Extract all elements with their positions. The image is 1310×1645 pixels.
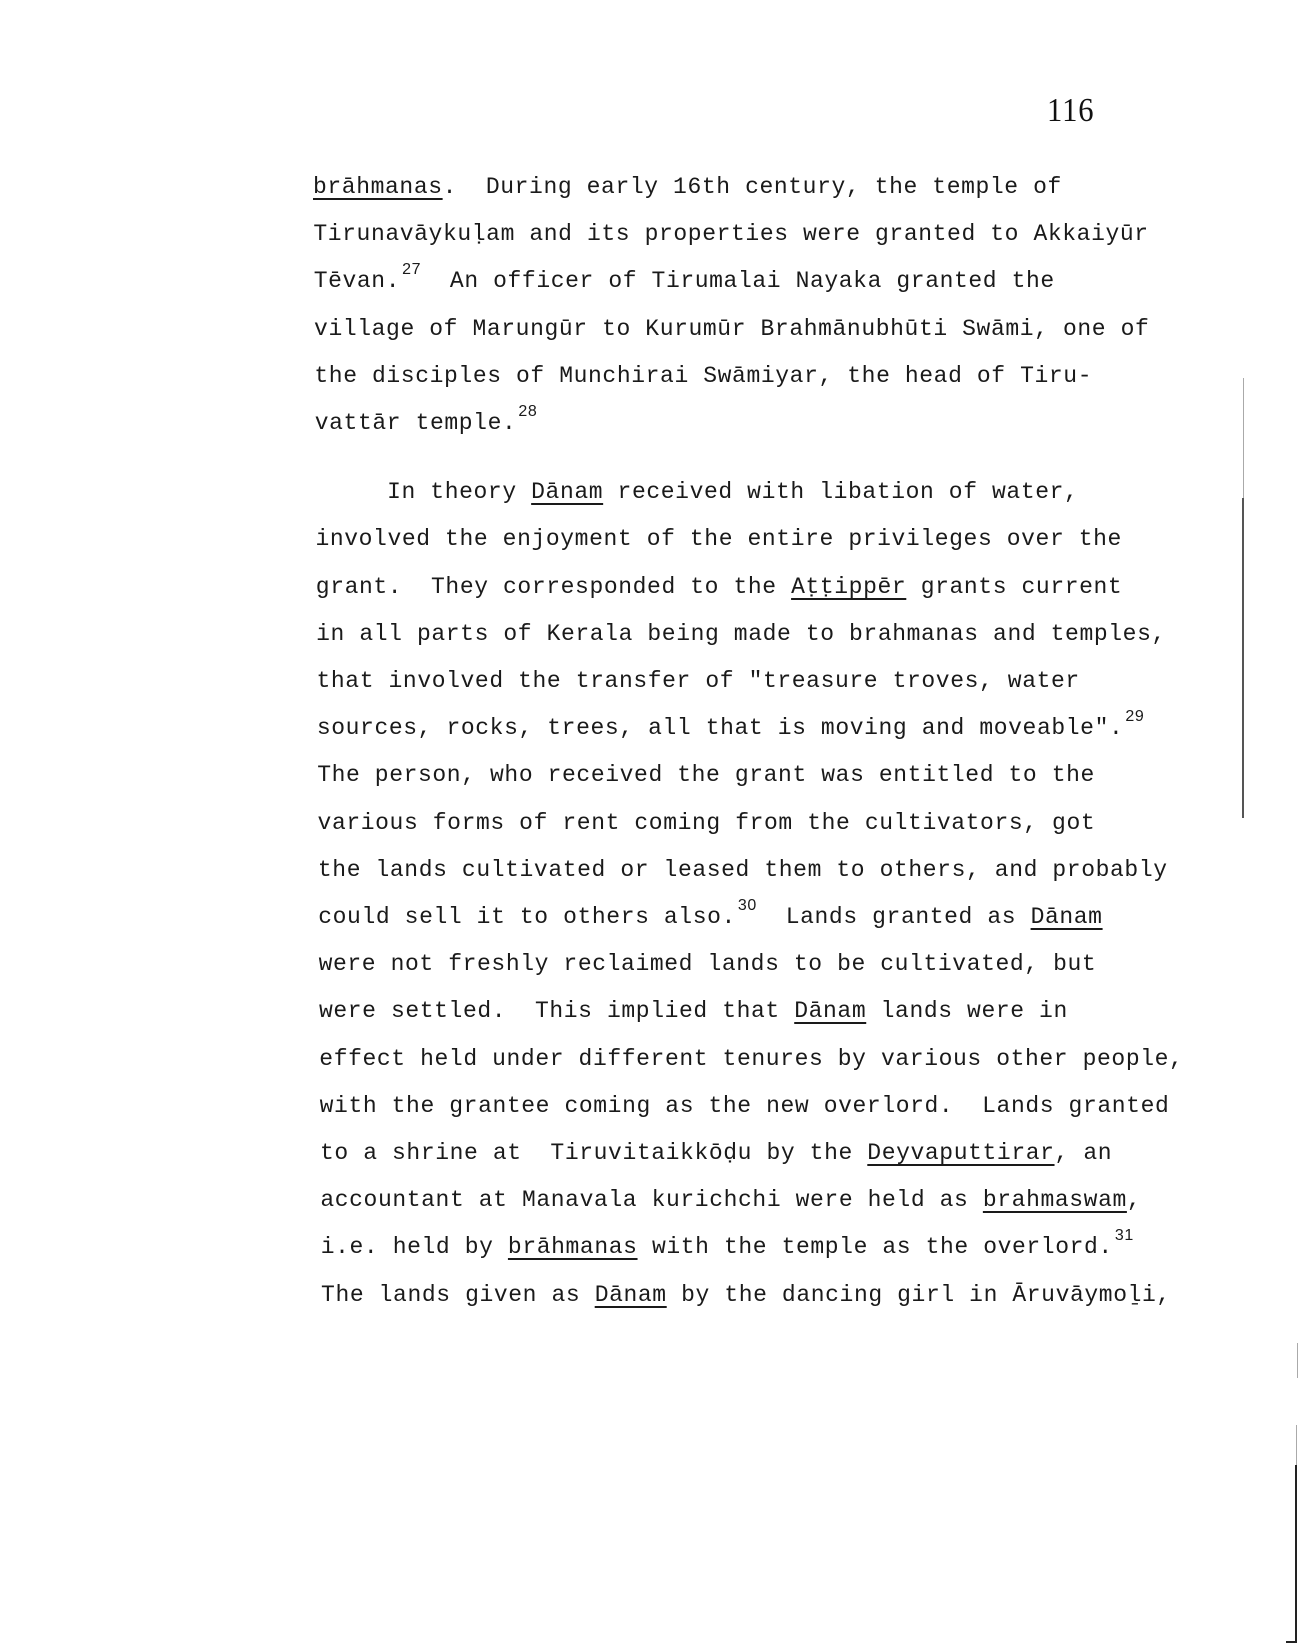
text-run: the disciples of Munchirai Swāmiyar, the… xyxy=(314,363,1092,389)
text-run: village of Marungūr to Kurumūr Brahmānub… xyxy=(314,316,1149,342)
text-line: accountant at Manavala kurichchi were he… xyxy=(320,1185,1141,1215)
text-line: the disciples of Munchirai Swāmiyar, the… xyxy=(314,361,1092,391)
text-run: , xyxy=(1127,1187,1141,1213)
scan-edge-line xyxy=(1297,1343,1298,1378)
text-run: , an xyxy=(1055,1140,1113,1166)
text-run: with the grantee coming as the new overl… xyxy=(320,1093,1170,1119)
text-run: effect held under different tenures by v… xyxy=(319,1046,1183,1072)
underlined-term: Dānam xyxy=(531,479,603,505)
underlined-term: Dānam xyxy=(794,998,866,1024)
footnote-ref: 30 xyxy=(738,897,757,914)
text-run: various forms of rent coming from the cu… xyxy=(318,810,1096,836)
text-line: i.e. held by brāhmanas with the temple a… xyxy=(321,1232,1134,1264)
text-run: i.e. held by xyxy=(321,1234,508,1260)
scan-edge-line xyxy=(1296,1425,1297,1465)
text-run: the lands cultivated or leased them to o… xyxy=(318,857,1168,883)
underlined-term: brāhmanas xyxy=(313,174,443,200)
scan-edge-line xyxy=(1295,1465,1297,1643)
text-run: In theory xyxy=(315,479,531,505)
text-run: with the temple as the overlord. xyxy=(638,1234,1113,1260)
text-run: Tirunavāykuḷam and its properties were g… xyxy=(313,221,1148,247)
text-line: The person, who received the grant was e… xyxy=(317,760,1095,790)
text-line: were settled. This implied that Dānam la… xyxy=(319,996,1068,1026)
text-run: Tēvan. xyxy=(314,268,400,294)
text-run: . During early 16th century, the temple … xyxy=(443,174,1062,200)
text-line: grant. They corresponded to the Aṭṭippēr… xyxy=(316,572,1123,602)
text-line: sources, rocks, trees, all that is movin… xyxy=(317,713,1145,745)
footnote-ref: 31 xyxy=(1115,1227,1134,1244)
text-run: sources, rocks, trees, all that is movin… xyxy=(317,715,1124,741)
footnote-ref: 27 xyxy=(402,261,421,278)
text-line: brāhmanas. During early 16th century, th… xyxy=(313,172,1062,202)
underlined-term: brāhmanas xyxy=(508,1234,638,1260)
text-line: to a shrine at Tiruvitaikkōḍu by the Dey… xyxy=(320,1138,1112,1168)
text-line: various forms of rent coming from the cu… xyxy=(318,808,1096,838)
text-line: the lands cultivated or leased them to o… xyxy=(318,855,1168,885)
text-line: The lands given as Dānam by the dancing … xyxy=(321,1280,1171,1310)
text-run: in all parts of Kerala being made to bra… xyxy=(316,621,1166,647)
text-line: effect held under different tenures by v… xyxy=(319,1044,1183,1074)
footnote-ref: 29 xyxy=(1125,708,1144,725)
text-run: that involved the transfer of "treasure … xyxy=(317,668,1080,694)
text-line: with the grantee coming as the new overl… xyxy=(320,1091,1170,1121)
text-run: lands were in xyxy=(866,998,1068,1024)
text-run: could sell it to others also. xyxy=(318,904,736,930)
underlined-term: brahmaswam xyxy=(983,1187,1127,1213)
text-run: were settled. This implied that xyxy=(319,998,794,1024)
scan-edge-foot xyxy=(1286,1641,1296,1643)
underlined-term: Aṭṭippēr xyxy=(791,574,906,600)
text-line: village of Marungūr to Kurumūr Brahmānub… xyxy=(314,314,1149,344)
text-run: grant. They corresponded to the xyxy=(316,574,791,600)
text-run: An officer of Tirumalai Nayaka granted t… xyxy=(421,268,1055,294)
text-run: vattār temple. xyxy=(315,410,517,436)
text-line: vattār temple.28 xyxy=(315,408,538,440)
text-run: grants current xyxy=(906,574,1122,600)
text-run: to a shrine at Tiruvitaikkōḍu by the xyxy=(320,1140,867,1166)
text-run: The lands given as xyxy=(321,1282,595,1308)
text-line: in all parts of Kerala being made to bra… xyxy=(316,619,1166,649)
underlined-term: Deyvaputtirar xyxy=(867,1140,1054,1166)
text-run: involved the enjoyment of the entire pri… xyxy=(315,526,1122,552)
text-run: were not freshly reclaimed lands to be c… xyxy=(319,951,1097,977)
text-line: In theory Dānam received with libation o… xyxy=(315,477,1078,507)
text-line: Tēvan.27 An officer of Tirumalai Nayaka … xyxy=(314,266,1055,298)
text-run: accountant at Manavala kurichchi were he… xyxy=(320,1187,983,1213)
text-run: by the dancing girl in Āruvāymoḻi, xyxy=(667,1282,1171,1308)
underlined-term: Dānam xyxy=(595,1282,667,1308)
text-run: received with libation of water, xyxy=(603,479,1078,505)
text-run: Lands granted as xyxy=(757,904,1031,930)
text-line: that involved the transfer of "treasure … xyxy=(317,666,1080,696)
page-number: 116 xyxy=(1047,92,1094,130)
text-line: could sell it to others also.30 Lands gr… xyxy=(318,902,1102,934)
text-line: Tirunavāykuḷam and its properties were g… xyxy=(313,219,1148,249)
scan-edge-line xyxy=(1243,378,1244,498)
footnote-ref: 28 xyxy=(518,403,537,420)
text-line: involved the enjoyment of the entire pri… xyxy=(315,524,1122,554)
text-line: were not freshly reclaimed lands to be c… xyxy=(319,949,1097,979)
scan-edge-line xyxy=(1242,498,1244,818)
text-run: The person, who received the grant was e… xyxy=(317,762,1095,788)
underlined-term: Dānam xyxy=(1031,904,1103,930)
